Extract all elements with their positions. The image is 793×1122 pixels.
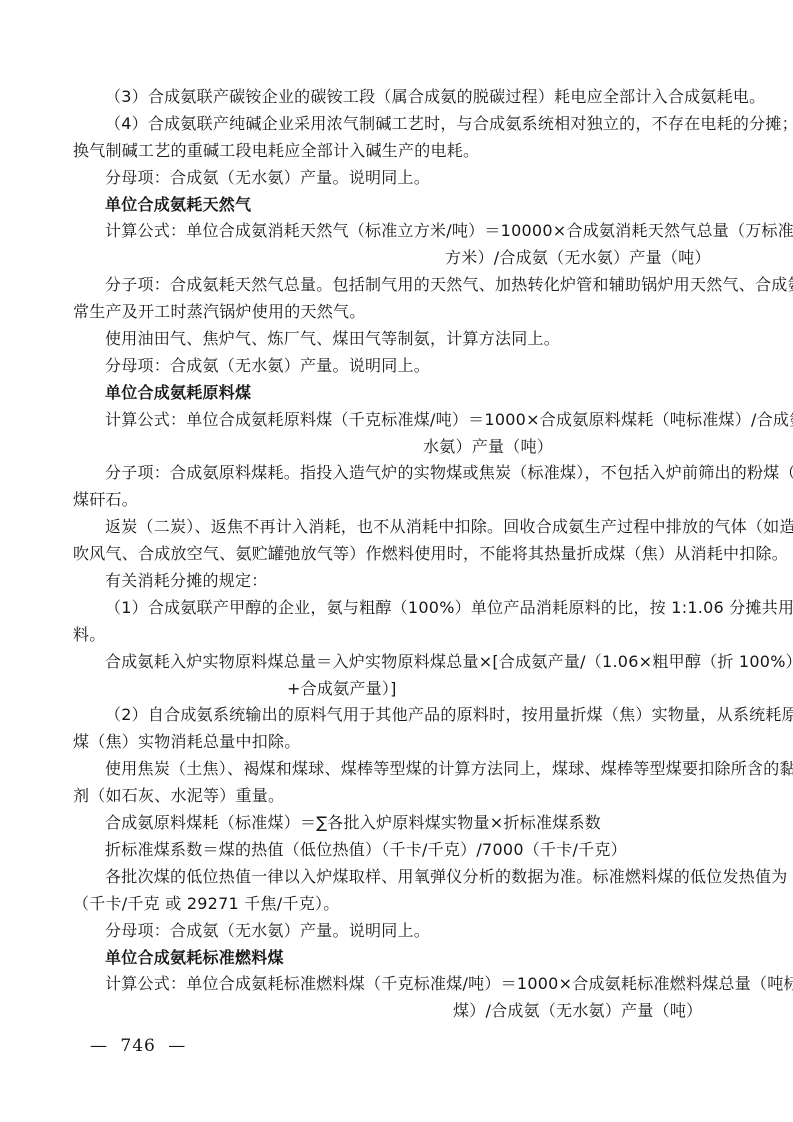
text-line: 煤（焦）实物消耗总量中扣除。 (73, 729, 743, 756)
text-line: 计算公式：单位合成氨耗标准燃料煤（千克标准煤/吨）＝1000×合成氨耗标准燃料煤… (73, 971, 743, 998)
section-heading: 单位合成氨耗原料煤 (73, 380, 743, 407)
text-line: 换气制碱工艺的重碱工段电耗应全部计入碱生产的电耗。 (73, 138, 743, 165)
text-line: 计算公式：单位合成氨耗原料煤（千克标准煤/吨）＝1000×合成氨原料煤耗（吨标准… (73, 407, 743, 434)
section-heading: 单位合成氨耗标准燃料煤 (73, 945, 743, 972)
text-line: 计算公式：单位合成氨消耗天然气（标准立方米/吨）＝10000×合成氨消耗天然气总… (73, 218, 743, 245)
text-line: 返炭（二炭）、返焦不再计入消耗，也不从消耗中扣除。回收合成氨生产过程中排放的气体… (73, 514, 743, 541)
text-line: 各批次煤的低位热值一律以入炉煤取样、用氧弹仪分析的数据为准。标准燃料煤的低位发热… (73, 864, 743, 891)
text-line: 分母项：合成氨（无水氨）产量。说明同上。 (73, 165, 743, 192)
text-line: 分母项：合成氨（无水氨）产量。说明同上。 (73, 353, 743, 380)
text-line: （1）合成氨联产甲醇的企业，氨与粗醇（100%）单位产品消耗原料的比，按 1:1… (73, 595, 743, 622)
text-line: 水氨）产量（吨） (73, 434, 743, 461)
page-number: — 746 — (90, 1036, 186, 1056)
text-line: 折标准煤系数＝煤的热值（低位热值）（千卡/千克）/7000（千卡/千克） (73, 837, 743, 864)
text-line: 煤矸石。 (73, 487, 743, 514)
text-line: （2）自合成氨系统输出的原料气用于其他产品的原料时，按用量折煤（焦）实物量，从系… (73, 702, 743, 729)
text-line: 分母项：合成氨（无水氨）产量。说明同上。 (73, 918, 743, 945)
text-line: 合成氨耗入炉实物原料煤总量＝入炉实物原料煤总量×[合成氨产量/（1.06×粗甲醇… (73, 649, 743, 676)
text-line: +合成氨产量）] (73, 676, 743, 703)
text-line: 常生产及开工时蒸汽锅炉使用的天然气。 (73, 299, 743, 326)
text-line: 煤）/合成氨（无水氨）产量（吨） (73, 998, 743, 1025)
text-line: 使用油田气、焦炉气、炼厂气、煤田气等制氨，计算方法同上。 (73, 326, 743, 353)
text-line: 吹风气、合成放空气、氨贮罐弛放气等）作燃料使用时，不能将其热量折成煤（焦）从消耗… (73, 541, 743, 568)
document-page: （3）合成氨联产碳铵企业的碳铵工段（属合成氨的脱碳过程）耗电应全部计入合成氨耗电… (0, 0, 793, 1122)
text-line: 分子项：合成氨耗天然气总量。包括制气用的天然气、加热转化炉管和辅助锅炉用天然气、… (73, 272, 743, 299)
text-line: 分子项：合成氨原料煤耗。指投入造气炉的实物煤或焦炭（标准煤），不包括入炉前筛出的… (73, 460, 743, 487)
text-line: 剂（如石灰、水泥等）重量。 (73, 783, 743, 810)
text-line: 料。 (73, 622, 743, 649)
section-heading: 单位合成氨耗天然气 (73, 192, 743, 219)
text-line: （千卡/千克 或 29271 千焦/千克）。 (73, 891, 743, 918)
text-line: 使用焦炭（土焦）、褐煤和煤球、煤棒等型煤的计算方法同上，煤球、煤棒等型煤要扣除所… (73, 756, 743, 783)
text-line: 合成氨原料煤耗（标准煤）＝∑各批入炉原料煤实物量×折标准煤系数 (73, 810, 743, 837)
text-line: （4）合成氨联产纯碱企业采用浓气制碱工艺时，与合成氨系统相对独立的，不存在电耗的… (73, 111, 743, 138)
text-line: （3）合成氨联产碳铵企业的碳铵工段（属合成氨的脱碳过程）耗电应全部计入合成氨耗电… (73, 84, 743, 111)
text-line: 方米）/合成氨（无水氨）产量（吨） (73, 245, 743, 272)
document-body: （3）合成氨联产碳铵企业的碳铵工段（属合成氨的脱碳过程）耗电应全部计入合成氨耗电… (73, 84, 743, 1025)
text-line: 有关消耗分摊的规定： (73, 568, 743, 595)
